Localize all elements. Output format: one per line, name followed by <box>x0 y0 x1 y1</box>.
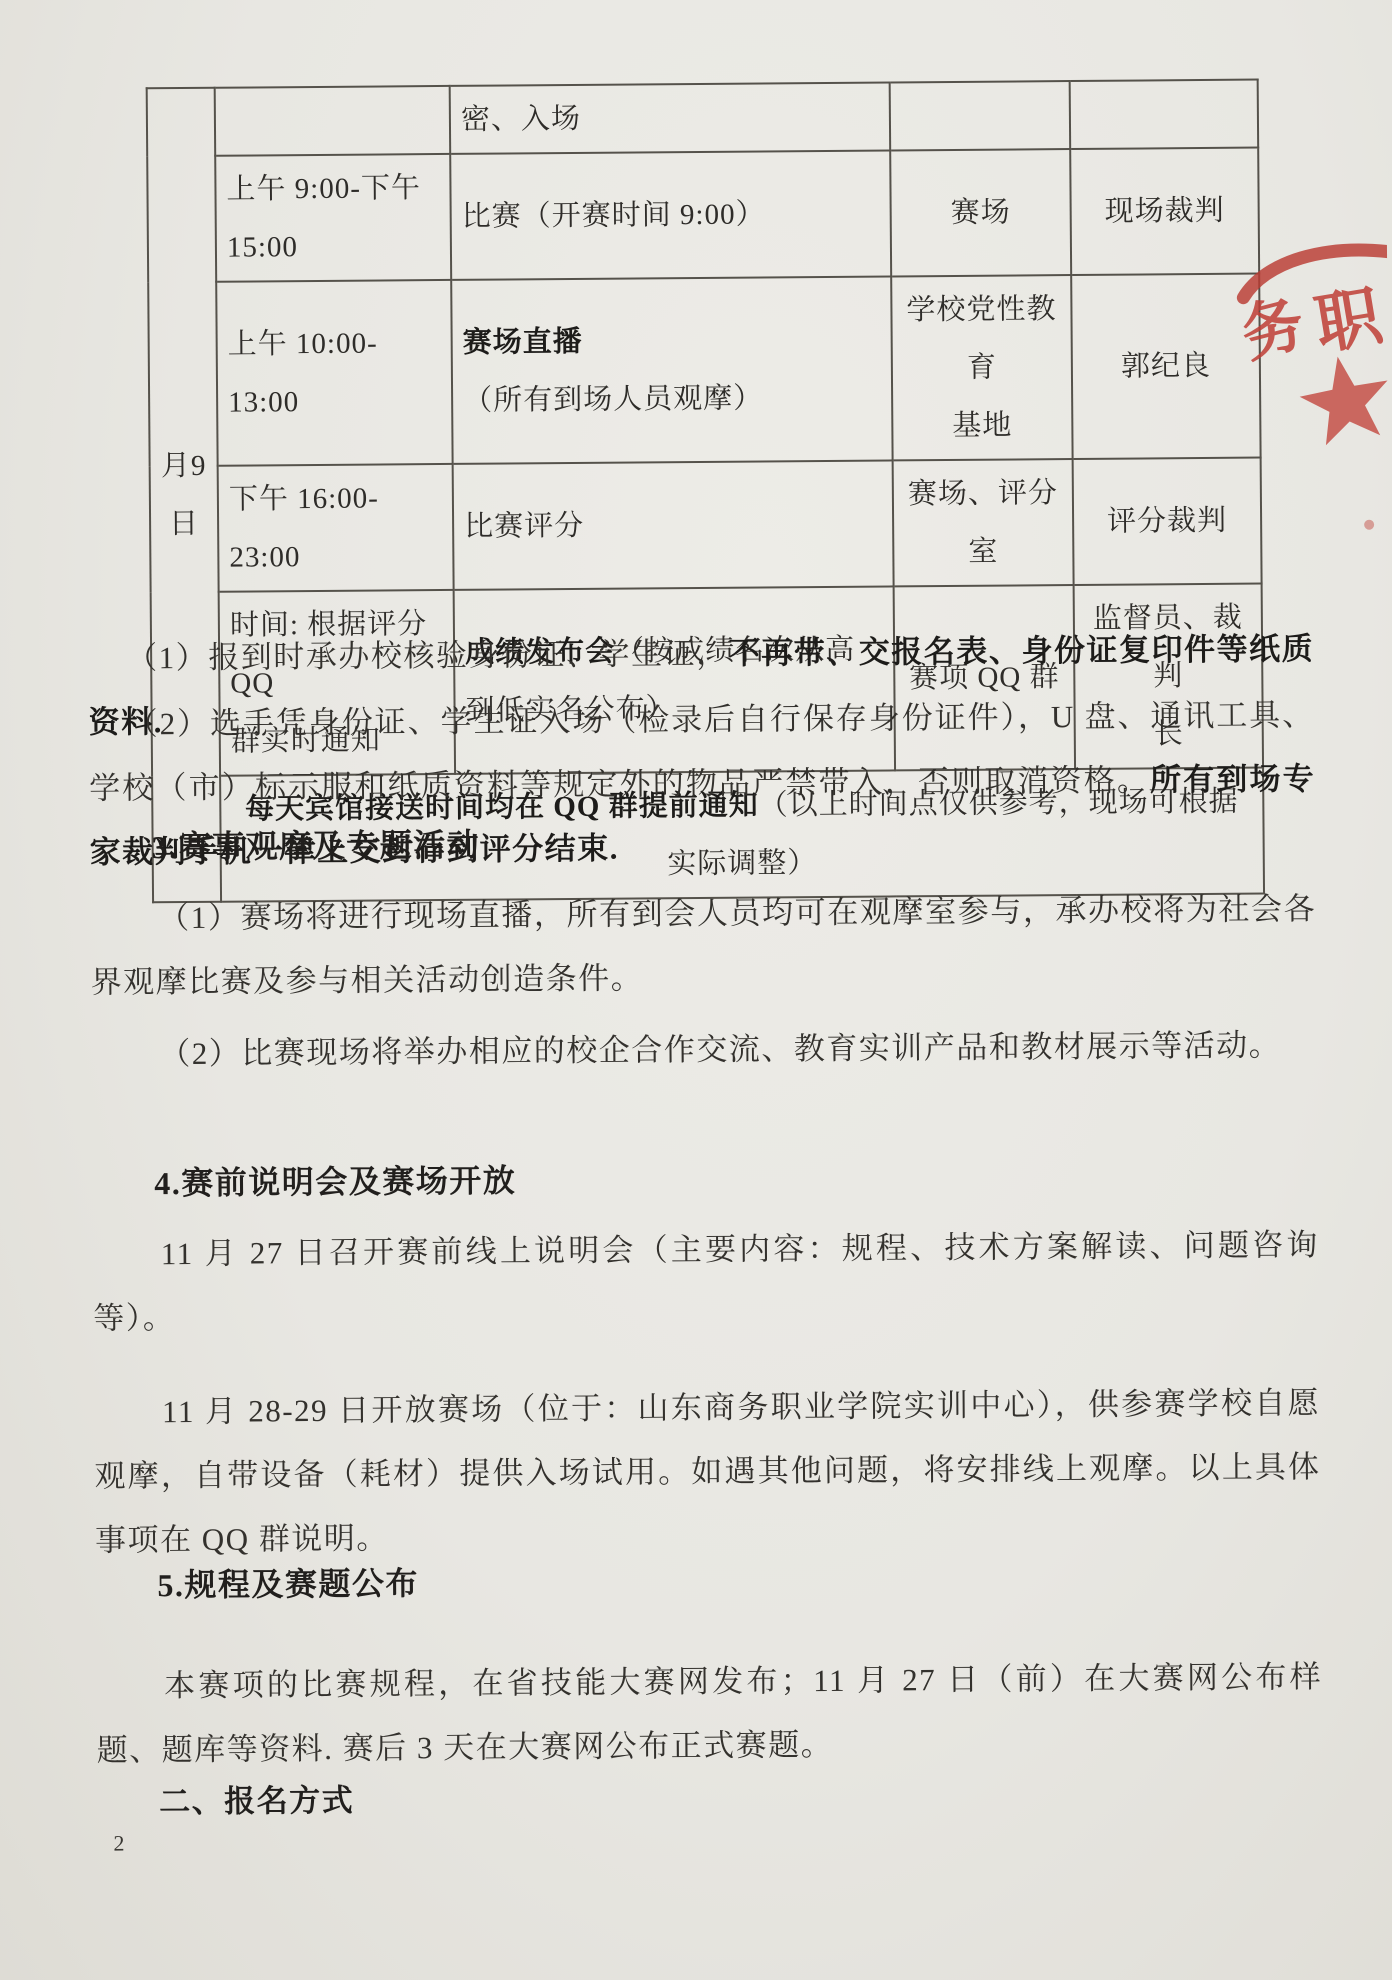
paragraph-3-2: （2）比赛现场将举办相应的校企合作交流、教育实训产品和教材展示等活动。 <box>91 1013 1317 1087</box>
paragraph-5-1: 本赛项的比赛规程，在省技能大赛网发布；11 月 27 日（前）在大赛网公布样题、… <box>96 1645 1323 1783</box>
star-icon <box>1299 356 1388 445</box>
heading-section-two: 二、报名方式 <box>159 1775 354 1822</box>
activity-cell: 密、入场 <box>450 82 891 153</box>
heading-section-3: 3.赛事观摩及专题活动 <box>151 820 480 869</box>
location-cell: 学校党性教育 基地 <box>891 275 1072 460</box>
activity-cell: 赛场直播（所有到场人员观摩） <box>451 276 892 463</box>
time-cell: 下午 16:00-23:00 <box>218 464 454 592</box>
time-cell: 上午 9:00-下午 15:00 <box>215 154 451 282</box>
paragraph-4-2: 11 月 28-29 日开放赛场（位于：山东商务职业学院实训中心），供参赛学校自… <box>94 1371 1321 1573</box>
seal-char-right: 职 <box>1310 280 1389 363</box>
paragraph-3-1: （1）赛场将进行现场直播，所有到会人员均可在观摩室参与，承办校将为社会各界观摩比… <box>90 877 1317 1015</box>
time-cell <box>215 86 451 156</box>
activity-cell: 比赛（开赛时间 9:00） <box>450 150 891 279</box>
table-row: 上午 10:00-13:00 赛场直播（所有到场人员观摩） 学校党性教育 基地 … <box>148 274 1260 467</box>
staff-cell: 郭纪良 <box>1071 274 1260 459</box>
activity-cell: 比赛评分 <box>453 460 894 589</box>
paragraph-4-1: 11 月 27 日召开赛前线上说明会（主要内容：规程、技术方案解读、问题咨询等）… <box>93 1213 1320 1351</box>
heading-section-5: 5.规程及赛题公布 <box>157 1558 419 1606</box>
page-number: 2 <box>113 1831 124 1857</box>
seal-arc <box>1243 250 1389 298</box>
seal-ink-dot <box>1364 520 1374 530</box>
location-cell: 赛场、评分室 <box>893 459 1074 586</box>
time-cell: 上午 10:00-13:00 <box>216 280 452 466</box>
staff-cell: 评分裁判 <box>1073 458 1262 585</box>
staff-cell: 现场裁判 <box>1070 148 1259 275</box>
location-cell: 赛场 <box>890 149 1071 276</box>
heading-section-4: 4.赛前说明会及赛场开放 <box>154 1155 516 1204</box>
location-cell <box>890 81 1071 150</box>
scanned-page: 月9 日 密、入场 上午 9:00-下午 15:00 比赛（开赛时间 9:00）… <box>0 0 1392 1980</box>
table-row: 下午 16:00-23:00 比赛评分 赛场、评分室 评分裁判 <box>150 458 1262 593</box>
table-row: 月9 日 密、入场 <box>147 80 1258 157</box>
staff-cell <box>1070 80 1259 149</box>
table-row: 上午 9:00-下午 15:00 比赛（开赛时间 9:00） 赛场 现场裁判 <box>147 148 1259 283</box>
